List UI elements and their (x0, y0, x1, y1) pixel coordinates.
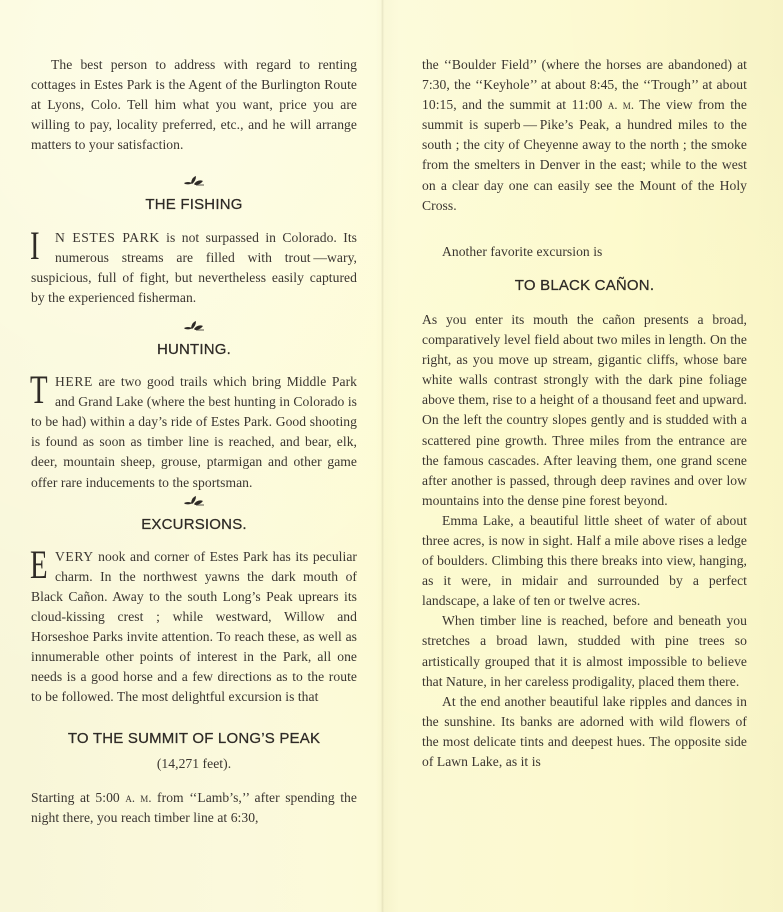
section-title-black-canon: TO BLACK CAÑON. (422, 276, 747, 296)
section-title-fishing: THE FISHING (31, 195, 357, 215)
am-label: a. m. (608, 98, 634, 112)
first-words: N ESTES PARK (55, 230, 160, 245)
first-words: VERY (55, 549, 94, 564)
fishing-paragraph: IN ESTES PARK is not surpassed in Colora… (31, 228, 357, 308)
hunting-paragraph: THERE are two good trails which bring Mi… (31, 372, 357, 493)
drop-cap: E (30, 549, 46, 585)
right-page: the ‘‘Boulder Field’’ (where the horses … (422, 0, 747, 772)
summit-text: Starting at 5:00 (31, 790, 125, 805)
lawn-lake-paragraph: At the end another beautiful lake ripple… (422, 692, 747, 772)
leaf-ornament-icon (183, 175, 205, 187)
left-page: The best person to address with regard t… (31, 0, 357, 828)
drop-cap: T (30, 374, 46, 410)
elevation-subtitle: (14,271 feet). (31, 754, 357, 774)
black-canon-paragraph: As you enter its mouth the cañon present… (422, 310, 747, 511)
section-title-hunting: HUNTING. (31, 340, 357, 360)
summit-paragraph: Starting at 5:00 a. m. from ‘‘Lamb’s,’’ … (31, 788, 357, 828)
paragraph-body: are two good trails which bring Middle P… (31, 374, 357, 489)
book-spine-fold (381, 0, 384, 912)
emma-lake-paragraph: Emma Lake, a beautiful little sheet of w… (422, 511, 747, 611)
leaf-ornament-icon (183, 320, 205, 332)
intro-paragraph: The best person to address with regard t… (31, 55, 357, 155)
timber-line-paragraph: When timber line is reached, before and … (422, 611, 747, 691)
section-title-longs-peak: TO THE SUMMIT OF LONG’S PEAK (31, 729, 357, 749)
leaf-ornament-icon (183, 495, 205, 507)
continuation-text: The view from the summit is superb — Pik… (422, 97, 747, 212)
first-words: HERE (55, 374, 93, 389)
drop-cap: I (30, 230, 46, 266)
paragraph-body: nook and corner of Estes Park has its pe… (31, 549, 357, 705)
section-title-excursions: EXCURSIONS. (31, 515, 357, 535)
summit-continuation-paragraph: the ‘‘Boulder Field’’ (where the horses … (422, 55, 747, 216)
lead-in-text: Another favorite excursion is (422, 242, 747, 262)
excursions-paragraph: EVERY nook and corner of Estes Park has … (31, 547, 357, 708)
am-label: a. m. (125, 791, 151, 805)
